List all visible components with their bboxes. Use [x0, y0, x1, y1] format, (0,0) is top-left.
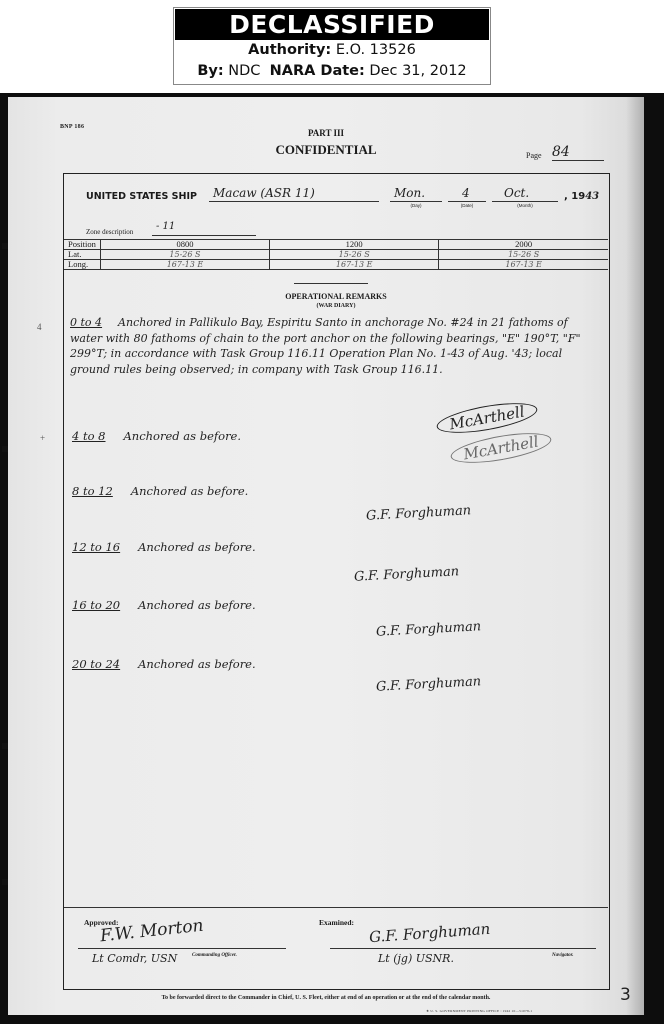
navigator-role: Navigator. [552, 953, 574, 958]
ship-label: UNITED STATES SHIP [86, 191, 197, 202]
signature-line [330, 948, 596, 949]
year-field: , 1943 [564, 191, 599, 202]
commanding-officer-role: Commanding Officer. [192, 953, 237, 958]
approval-divider [64, 907, 608, 908]
stamp-authority: Authority: E.O. 13526 [174, 40, 490, 61]
diary-entry: 0 to 4Anchored in Pallikulo Bay, Espirit… [70, 315, 600, 377]
paper-sheet: BNP 186 PART III CONFIDENTIAL Page 84 UN… [8, 97, 644, 1015]
navigator-examined-signature: G.F. Forghuman [369, 920, 491, 946]
part-heading: PART III [8, 128, 644, 138]
zone-description: Zone description - 11 [86, 228, 133, 236]
navigator-signature: G.F. Forghuman [354, 564, 460, 584]
stamp-title: DECLASSIFIED [175, 9, 489, 40]
navigator-signature: G.F. Forghuman [376, 619, 482, 639]
diary-entry: 8 to 12Anchored as before. [72, 484, 248, 500]
paper-shadow [626, 97, 644, 1015]
remarks-subtitle: (WAR DIARY) [64, 303, 608, 309]
navigator-rank: Lt (jg) USNR. [378, 952, 454, 965]
classification-heading: CONFIDENTIAL [8, 142, 644, 158]
stamp-by-date: By: NDC NARA Date: Dec 31, 2012 [174, 61, 490, 82]
printing-office-imprint: ★ U. S. GOVERNMENT PRINTING OFFICE : 194… [426, 1009, 532, 1013]
commanding-officer-rank: Lt Comdr, USN [92, 952, 177, 965]
page-number: Page 84 [526, 151, 542, 160]
ship-name-field: Macaw (ASR 11) [209, 186, 379, 202]
remarks-title: OPERATIONAL REMARKS [64, 292, 608, 301]
page-number-value: 84 [552, 144, 604, 161]
table-row: Long. 167-13 E 167-13 E 167-13 E [64, 260, 608, 270]
diary-entry: 20 to 24Anchored as before. [72, 657, 256, 673]
navigator-signature: G.F. Forghuman [366, 503, 472, 523]
officer-signature: McArthell [449, 427, 554, 468]
scanned-page: BNP 186 PART III CONFIDENTIAL Page 84 UN… [0, 93, 664, 1024]
navigator-signature: G.F. Forghuman [376, 674, 482, 694]
diary-entry: 16 to 20Anchored as before. [72, 598, 256, 614]
divider [294, 283, 368, 284]
forwarding-instruction: To be forwarded direct to the Commander … [8, 995, 644, 1001]
diary-entry: 12 to 16Anchored as before. [72, 540, 256, 556]
month-field: Oct. (Month) [492, 186, 558, 202]
examined-label: Examined: [319, 918, 354, 927]
day-field: Mon. (Day) [390, 186, 442, 202]
table-row: Lat. 15-26 S 15-26 S 15-26 S [64, 250, 608, 260]
sheet-number: 3 [620, 985, 631, 1005]
margin-mark: + [40, 433, 45, 443]
margin-mark: 4 [37, 322, 42, 332]
table-row: Position 0800 1200 2000 [64, 240, 608, 250]
zone-field: - 11 [152, 220, 256, 236]
position-table: Position 0800 1200 2000 Lat. 15-26 S 15-… [64, 239, 608, 270]
war-diary-form: UNITED STATES SHIP Macaw (ASR 11) Mon. (… [63, 173, 610, 990]
signature-line [78, 948, 286, 949]
date-field: 4 (Date) [448, 186, 486, 202]
diary-entry: 4 to 8Anchored as before. [72, 429, 241, 445]
declassified-stamp: DECLASSIFIED Authority: E.O. 13526 By: N… [173, 7, 491, 85]
